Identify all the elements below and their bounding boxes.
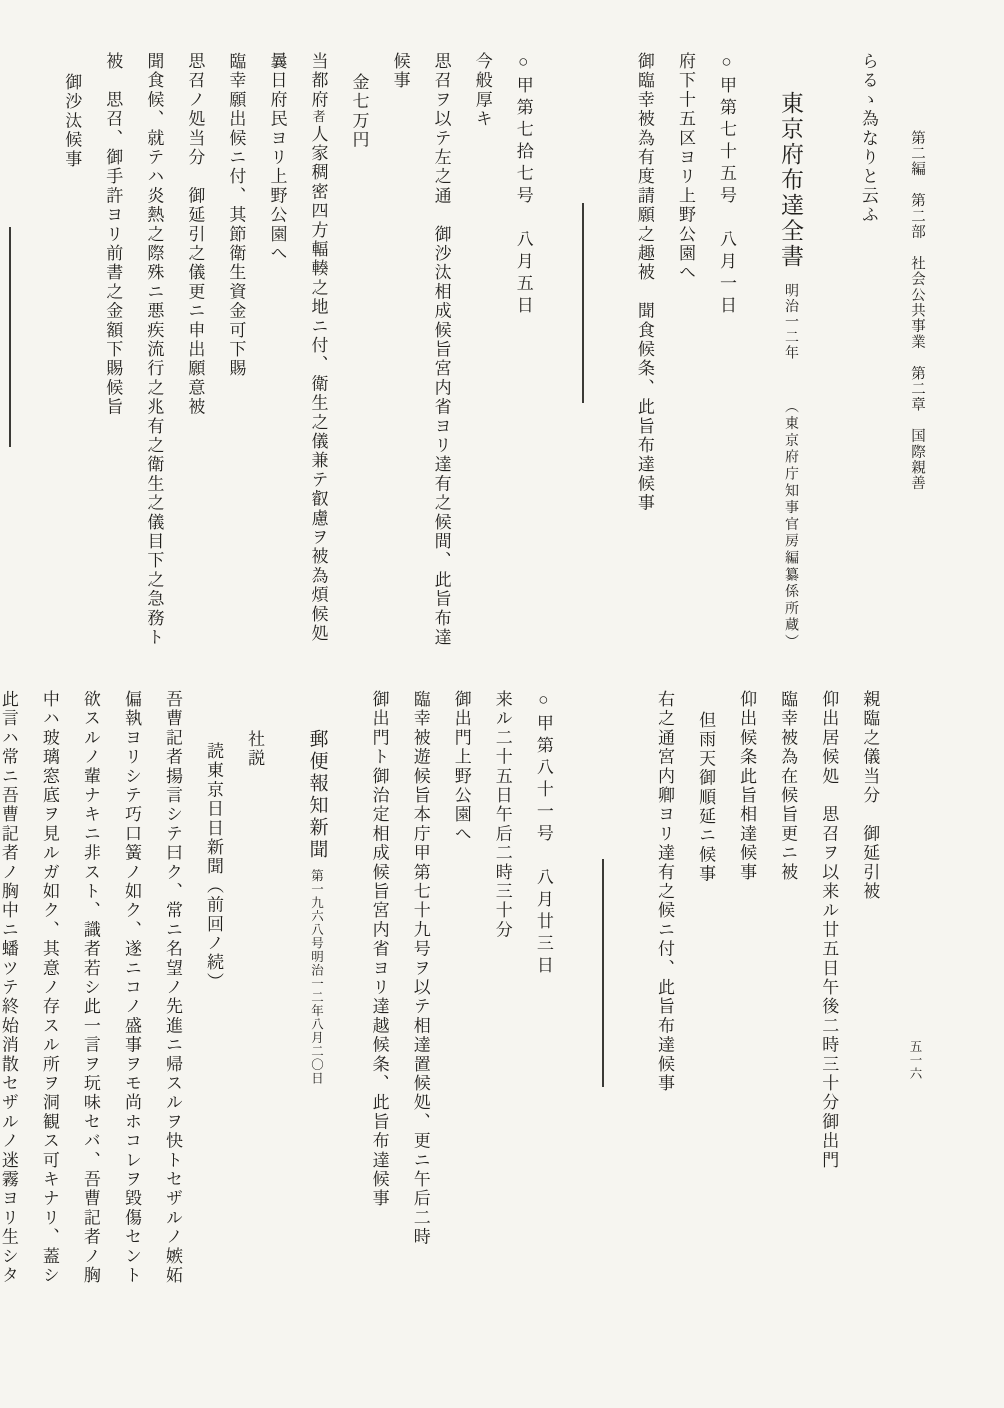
- divider-rule: [9, 227, 11, 447]
- divider-rule: [602, 859, 604, 1087]
- section-divider: [553, 52, 613, 670]
- notice-77-amount: 金七万円: [349, 52, 369, 670]
- source-title-block: 東京府布達全書明治一二年（東京府庁知事官房編纂係所蔵）: [760, 52, 820, 670]
- scanned-book-page: 第二編 第二部 社会公共事業 第二章 国際親善 らるゝ為なりと云ふ 東京府布達全…: [0, 0, 1004, 1408]
- top-text-band: 第二編 第二部 社会公共事業 第二章 国際親善 らるゝ為なりと云ふ 東京府布達全…: [0, 52, 925, 670]
- notice-77-line: 思召ノ処当分 御延引之儀更ニ申出願意被: [184, 52, 204, 670]
- article-line: 此言ハ常ニ吾曹記者ノ胸中ニ蟠ツテ終始消散セザルノ迷霧ヨリ生シタ: [0, 690, 18, 1352]
- notice-75-line: 御臨幸被為有度請願之趣被 聞食候条、此旨布達候事: [634, 52, 654, 670]
- article-line: 偏執ヨリシテ巧口簧ノ如ク、遂ニコノ盛事ヲモ尚ホコレヲ毀傷セント: [121, 690, 141, 1352]
- notice-79-cont-line: 親臨之儀当分 御延引被: [859, 690, 879, 1352]
- newspaper-issue-annotation: 第一九六八号明治一二年八月二〇日: [307, 869, 327, 1085]
- continuation-text: らるゝ為なりと云ふ: [858, 52, 878, 670]
- newspaper-issue-date: 明治一二年八月二〇日: [310, 950, 324, 1085]
- notice-79-cont-line: 仰出居候処 思召ヲ以来ル廿五日午後二時三十分御出門: [818, 690, 838, 1352]
- notice-79-cont-line: 仰出候条此旨相達候事: [736, 690, 756, 1352]
- newspaper-title: 郵便報知新聞: [307, 729, 328, 861]
- source-title-repository: （東京府庁知事官房編纂係所蔵）: [783, 399, 798, 651]
- section-divider: [573, 690, 633, 1352]
- section-divider: [0, 52, 40, 670]
- notice-77-line: 今般厚キ: [472, 52, 492, 670]
- article-line: 吾曹記者揚言シテ曰ク、常ニ名望ノ先進ニ帰スルヲ快トセザルノ嫉妬: [162, 690, 182, 1352]
- notice-77-heading: ○甲第七拾七号 八月五日: [513, 52, 533, 670]
- newspaper-issue-no: 第一九六八号: [310, 869, 324, 950]
- article-title: 読東京日日新聞（前回ノ続）: [203, 690, 223, 1352]
- notice-79-cont-line: 右之通宮内卿ヨリ達有之候ニ付、此旨布達候事: [654, 690, 674, 1352]
- small-particle: 者: [311, 110, 326, 125]
- notice-77-line-text: 当都府: [309, 52, 328, 110]
- running-head: 第二編 第二部 社会公共事業 第二章 国際親善: [908, 52, 925, 670]
- notice-77-line: 被 思召、御手許ヨリ前書之金額下賜候旨: [102, 52, 122, 670]
- notice-77-line: 当都府者人家稠密四方輻輳之地ニ付、衛生之儀兼テ叡慮ヲ被為煩候処: [307, 52, 327, 670]
- notice-77-line: 思召ヲ以テ左之通 御沙汰相成候旨宮内省ヨリ達有之候間、此旨布達: [431, 52, 451, 670]
- notice-81-line: 御出門上野公園へ: [451, 690, 471, 1352]
- notice-79-cont-line: 臨幸被為在候旨更ニ被: [777, 690, 797, 1352]
- article-line: 欲スルノ輩ナキニ非スト、識者若シ此一言ヲ玩味セバ、吾曹記者ノ胸: [80, 690, 100, 1352]
- newspaper-title-block: 郵便報知新聞第一九六八号明治一二年八月二〇日: [285, 690, 348, 1352]
- notice-77-line-text: 人家稠密四方輻輳之地ニ付、衛生之儀兼テ叡慮ヲ被為煩候処: [309, 125, 328, 643]
- notice-77-line: 臨幸願出候ニ付、其節衛生資金可下賜: [225, 52, 245, 670]
- notice-81-line: 御出門ト御治定相成候旨宮内省ヨリ達越候条、此旨布達候事: [369, 690, 389, 1352]
- notice-77-closing: 御沙汰候事: [61, 52, 81, 670]
- notice-75-line: 府下十五区ヨリ上野公園へ: [675, 52, 695, 670]
- notice-81-line: 来ル二十五日午后二時三十分: [492, 690, 512, 1352]
- source-title: 東京府布達全書: [778, 91, 803, 270]
- notice-79-cont-proviso: 但雨天御順延ニ候事: [695, 690, 715, 1352]
- notice-77-line: 曩日府民ヨリ上野公園へ: [266, 52, 286, 670]
- article-line: 中ハ玻璃窓底ヲ見ルガ如ク、其意ノ存スル所ヲ洞観ス可キナリ、蓋シ: [39, 690, 59, 1352]
- bottom-text-band: 五一六 親臨之儀当分 御延引被 仰出居候処 思召ヲ以来ル廿五日午後二時三十分御出…: [0, 690, 922, 1352]
- divider-rule: [582, 203, 584, 403]
- source-title-year: 明治一二年: [783, 283, 798, 361]
- notice-81-line: 臨幸被遊候旨本庁甲第七十九号ヲ以テ相達置候処、更ニ午后二時: [410, 690, 430, 1352]
- notice-77-line: 聞食候、就テハ炎熱之際殊ニ悪疾流行之兆有之衛生之儀目下之急務ト: [143, 52, 163, 670]
- notice-77-line: 候事: [390, 52, 410, 670]
- newspaper-section-label: 社説: [244, 690, 264, 1352]
- notice-81-heading: ○甲第八十一号 八月廿三日: [533, 690, 553, 1352]
- notice-75-heading: ○甲第七十五号 八月一日: [716, 52, 736, 670]
- page-number: 五一六: [907, 690, 922, 1352]
